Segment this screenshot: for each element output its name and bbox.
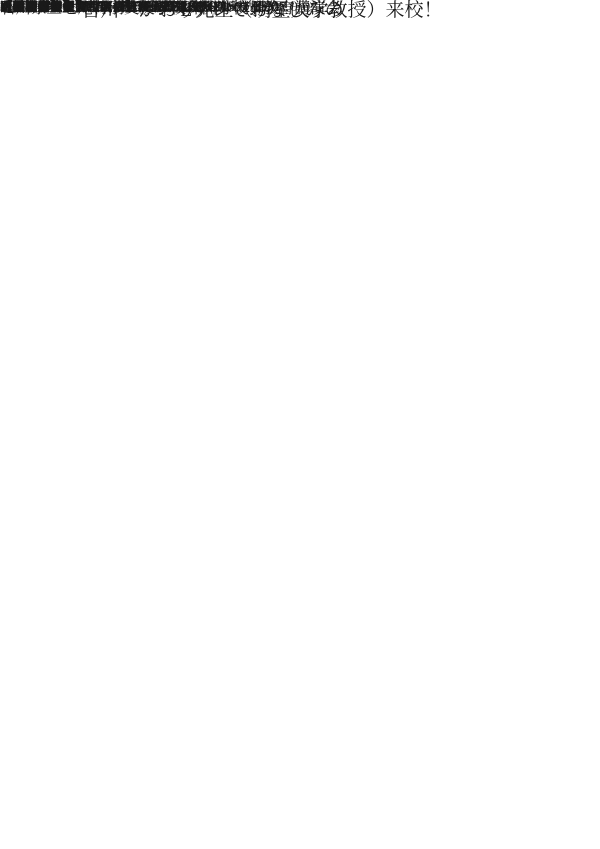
- document-page: Eテレでおなじみの 吉川 かおり先生（明星大学教授）来校！ 平成２８年度 石川県…: [0, 0, 600, 849]
- contact-detail: 七尾特別支援学校珠洲分校 教頭 坂口 桂穣まで: [0, 0, 288, 14]
